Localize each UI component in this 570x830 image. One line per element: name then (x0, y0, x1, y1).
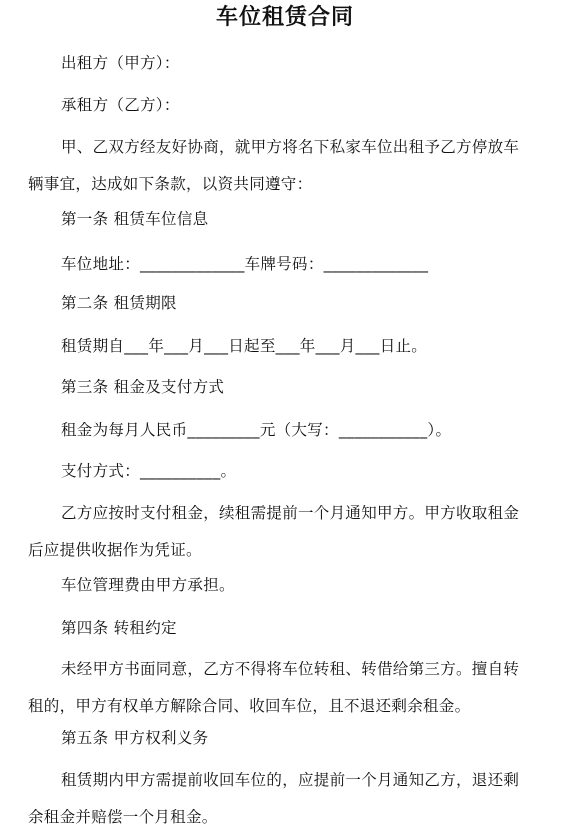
lessee-line: 承租方（乙方）： (28, 87, 533, 124)
parking-info-line: 车位地址：_____________车牌号码：_____________ (28, 246, 533, 283)
article-5-heading: 第五条 甲方权利义务 (28, 720, 533, 757)
article-4-heading: 第四条 转租约定 (28, 610, 533, 647)
rent-amount-line: 租金为每月人民币_________元（大写：___________）。 (28, 412, 533, 449)
payment-terms-paragraph: 乙方应按时支付租金，续租需提前一个月通知甲方。甲方收取租金后应提供收据作为凭证。 (28, 495, 533, 569)
sublease-paragraph: 未经甲方书面同意，乙方不得将车位转租、转借给第三方。擅自转租的，甲方有权单方解除… (28, 651, 533, 725)
payment-method-line: 支付方式：__________。 (28, 453, 533, 490)
article-1-heading: 第一条 租赁车位信息 (28, 201, 533, 238)
preamble-paragraph: 甲、乙双方经友好协商，就甲方将名下私家车位出租予乙方停放车辆事宜，达成如下条款，… (28, 129, 533, 203)
article-3-heading: 第三条 租金及支付方式 (28, 369, 533, 406)
lessor-obligations-paragraph: 租赁期内甲方需提前收回车位的，应提前一个月通知乙方，退还剩余租金并赔偿一个月租金… (28, 762, 533, 830)
lessor-line: 出租方（甲方）： (28, 45, 533, 82)
management-fee-line: 车位管理费由甲方承担。 (28, 567, 533, 604)
document-title: 车位租赁合同 (0, 2, 570, 32)
article-2-heading: 第二条 租赁期限 (28, 285, 533, 322)
lease-term-line: 租赁期自___年___月___日起至___年___月___日止。 (28, 328, 533, 365)
